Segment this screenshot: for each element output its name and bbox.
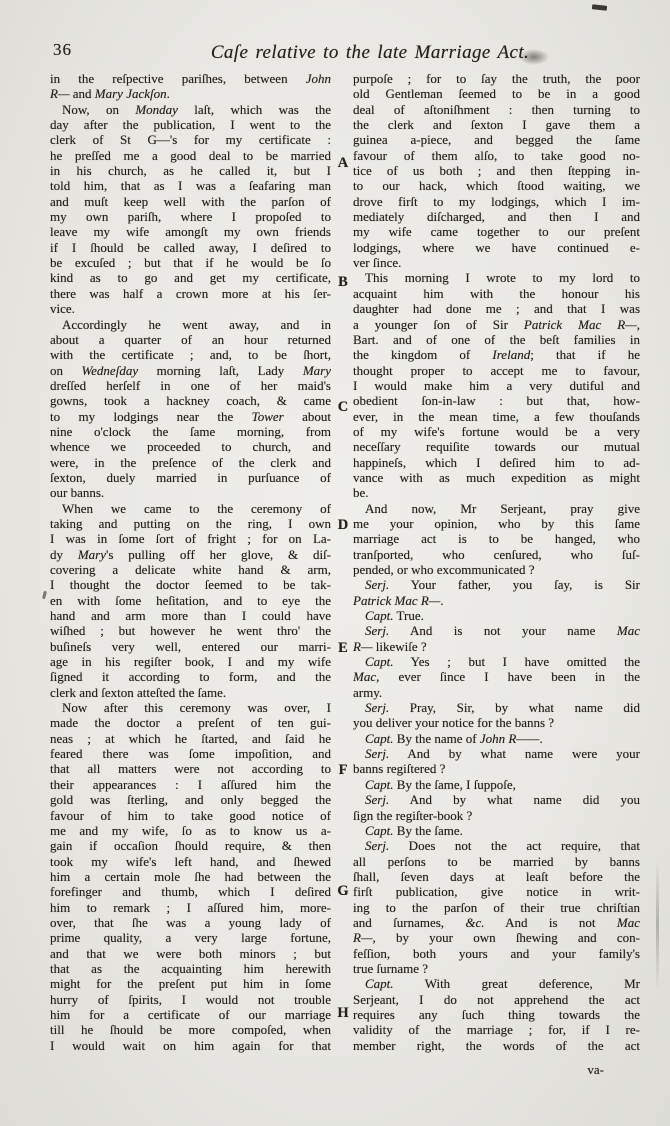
text-line: if I ſhould be called away, I deſired to	[50, 240, 331, 255]
text-line: all perſons to be married by banns	[353, 854, 640, 869]
text-line: kind as to go and get my certificate,	[50, 270, 331, 285]
text-line: ſign the regiſter-book ?	[353, 808, 640, 823]
text-line: he preſſed me a good deal to be married	[50, 148, 331, 163]
page-title: Caſe relative to the late Marriage Act.	[70, 42, 670, 64]
text-line: obedient ſon-in-law : but that, how-	[353, 393, 640, 408]
text-line: Patrick Mac R—.	[353, 593, 640, 608]
text-line: Serj. Pray, Sir, by what name did	[353, 700, 640, 715]
text-line: clerk of St G—'s for my certificate :	[50, 132, 331, 147]
text-line: ing to the parſon of their true chriſtia…	[353, 900, 640, 915]
text-line: him to remark ; I aſſured him, more-	[50, 900, 331, 915]
text-line: over, that ſhe was a young lady of	[50, 915, 331, 930]
text-line: feſſion, both yours and your family's	[353, 946, 640, 961]
text-line: and ſurnames, &c. And is not Mac	[353, 915, 640, 930]
catchword: va-	[353, 1062, 640, 1078]
text-line: nine o'clock the ſame morning, from	[50, 424, 331, 439]
text-line: Capt. True.	[353, 608, 640, 623]
text-line: dreſſed herſelf in one of her maid's	[50, 378, 331, 393]
text-line: and muſt keep well with the parſon of	[50, 194, 331, 209]
text-line: told him, that as I was a ſeafaring man	[50, 178, 331, 193]
text-line: And now, Mr Serjeant, pray give	[353, 501, 640, 516]
text-line: drove firſt to my lodgings, which I im-	[353, 194, 640, 209]
text-line: favour of him to take good notice of	[50, 808, 331, 823]
text-line: Accordingly he went away, and in	[50, 317, 331, 332]
text-line: firſt publication, give notice in writ-	[353, 884, 640, 899]
text-line: tranſported, who cenſured, who ſuſ-	[353, 547, 640, 562]
text-line: leave my wife amongſt my own friends	[50, 224, 331, 239]
text-line: R—, by your own ſhewing and con-	[353, 930, 640, 945]
text-line: age in his regiſter book, I and my wife	[50, 654, 331, 669]
text-line: with the certificate ; and, to be ſhort,	[50, 347, 331, 362]
text-line: about a quarter of an hour returned	[50, 332, 331, 347]
text-line: Capt. By the name of John R——.	[353, 731, 640, 746]
text-line: Serj. And by what name did you	[353, 792, 640, 807]
text-line: forefinger and thumb, which I deſired	[50, 884, 331, 899]
text-line: him for a certificate of our marriage	[50, 1007, 331, 1022]
text-line: lodgings, where we have continued e-	[353, 240, 640, 255]
text-line: the kingdom of Ireland; that if he	[353, 347, 640, 362]
text-line: that as the acquainting him herewith	[50, 961, 331, 976]
text-line: I would make him a very dutiful and	[353, 378, 640, 393]
text-line: banns regiſtered ?	[353, 761, 640, 776]
text-line: were, in the preſence of the clerk and	[50, 455, 331, 470]
text-line: purpoſe ; for to ſay the truth, the poor	[353, 71, 640, 86]
text-line: and that we were both minors ; but	[50, 946, 331, 961]
text-line: Now after this ceremony was over, I	[50, 700, 331, 715]
text-line: marriage act is to be hanged, who	[353, 531, 640, 546]
text-line: gold was ſterling, and only begged the	[50, 792, 331, 807]
margin-letter-H: H	[333, 1005, 353, 1021]
text-line: took my wife's left hand, and ſhewed	[50, 854, 331, 869]
text-line: to our hack, which ſtood waiting, we	[353, 178, 640, 193]
text-line: validity of the marriage ; for, if I re-	[353, 1022, 640, 1037]
margin-letter-E: E	[333, 640, 353, 656]
text-line: guinea a-piece, and begged the ſame	[353, 132, 640, 147]
text-line: me your opinion, who by this ſame	[353, 516, 640, 531]
text-line: gowns, took a hackney coach, & came	[50, 393, 331, 408]
text-line: I was in ſome ſort of fright ; for on La…	[50, 531, 331, 546]
text-column-right: purpoſe ; for to ſay the truth, the poor…	[353, 71, 640, 1053]
text-line: Capt. Yes ; but I have omitted the	[353, 654, 640, 669]
text-line: gain if occaſion ſhould require, & then	[50, 838, 331, 853]
text-line: our banns.	[50, 485, 331, 500]
text-line: the clerk and ſexton I gave them a	[353, 117, 640, 132]
text-line: their appearances : I aſſured him the	[50, 777, 331, 792]
text-line: vice.	[50, 301, 331, 316]
text-line: might for the preſent put him in ſome	[50, 976, 331, 991]
text-line: deal of aſtoniſhment : then turning to	[353, 102, 640, 117]
text-line: pended, or who excommunicated ?	[353, 562, 640, 577]
text-line: you deliver your notice for the banns ?	[353, 715, 640, 730]
text-line: army.	[353, 685, 640, 700]
text-line: made the doctor a preſent of ten gui-	[50, 715, 331, 730]
text-line: member right, the words of the act	[353, 1038, 640, 1053]
text-line: Capt. By the ſame.	[353, 823, 640, 838]
text-column-left: in the reſpective pariſhes, between John…	[50, 71, 331, 1053]
text-line: Bart. and of one of the beſt families in	[353, 332, 640, 347]
scan-artifact-mark	[592, 4, 607, 11]
text-line: hurry of ſpirits, I would not trouble	[50, 992, 331, 1007]
text-line: ſhall, ſeven days at leaſt before the	[353, 869, 640, 884]
text-line: my wife came together to our preſent	[353, 224, 640, 239]
text-line: neas ; at which he ſtarted, and ſaid he	[50, 731, 331, 746]
text-line: I thought the doctor ſeemed to be tak-	[50, 577, 331, 592]
text-line: covering a delicate white hand & arm,	[50, 562, 331, 577]
text-line: him a certain mole ſhe had between the	[50, 869, 331, 884]
margin-letter-A: A	[333, 155, 353, 171]
text-line: Capt. With great deference, Mr	[353, 976, 640, 991]
margin-letter-D: D	[333, 517, 353, 533]
text-line: on Wedneſday morning laſt, Lady Mary	[50, 363, 331, 378]
text-line: of my wife's fortune would be a very	[353, 424, 640, 439]
text-line: happineſs, which I deſired him to ad-	[353, 455, 640, 470]
text-line: whence we proceeded to church, and	[50, 439, 331, 454]
text-line: buſineſs very well, entered our marri-	[50, 639, 331, 654]
text-line: R— likewiſe ?	[353, 639, 640, 654]
text-line: be.	[353, 485, 640, 500]
text-line: in the reſpective pariſhes, between John	[50, 71, 331, 86]
text-line: old Gentleman ſeemed to be in a good	[353, 86, 640, 101]
text-line: in his church, as he called it, but I	[50, 163, 331, 178]
text-line: prime quality, a very large fortune,	[50, 930, 331, 945]
text-line: requires any ſuch thing towards the	[353, 1007, 640, 1022]
text-line: dy Mary's pulling off her glove, & diſ-	[50, 547, 331, 562]
text-line: R— and Mary Jackſon.	[50, 86, 331, 101]
text-line: Capt. By the ſame, I ſuppoſe,	[353, 777, 640, 792]
margin-letter-C: C	[333, 399, 353, 415]
text-line: ver ſince.	[353, 255, 640, 270]
scan-artifact-speck	[42, 591, 47, 599]
text-line: Serj. Your father, you ſay, is Sir	[353, 577, 640, 592]
text-line: Serj. And is not your name Mac	[353, 623, 640, 638]
ink-smudge	[519, 49, 549, 65]
text-line: This morning I wrote to my lord to	[353, 270, 640, 285]
text-line: I would wait on him again for that	[50, 1038, 331, 1053]
text-line: till he ſhould be more compoſed, when	[50, 1022, 331, 1037]
text-line: clerk and ſexton atteſted the ſame.	[50, 685, 331, 700]
text-line: daughter had done me ; and that I was	[353, 301, 640, 316]
text-line: a younger ſon of Sir Patrick Mac R—,	[353, 317, 640, 332]
text-line: acquaint him with the honour his	[353, 286, 640, 301]
text-line: Serjeant, I do not apprehend the act	[353, 992, 640, 1007]
margin-letter-F: F	[333, 762, 353, 778]
text-line: When we came to the ceremony of	[50, 501, 331, 516]
text-line: thought proper to accept me to favour,	[353, 363, 640, 378]
text-line: hand and arm more than I could have	[50, 608, 331, 623]
margin-letter-B: B	[333, 274, 353, 290]
text-line: wiſhed ; but however he went thro' the	[50, 623, 331, 638]
text-line: to my lodgings near the Tower about	[50, 409, 331, 424]
text-line: there was half a crown more at his ſer-	[50, 286, 331, 301]
text-line: my own pariſh, where I propoſed to	[50, 209, 331, 224]
scanned-book-page: { "colors": { "paper": "#e9e8e4", "ink":…	[0, 0, 670, 1126]
text-line: Serj. And by what name were your	[353, 746, 640, 761]
text-line: neceſſary requiſite towards our mutual	[353, 439, 640, 454]
text-line: true ſurname ?	[353, 961, 640, 976]
text-line: that all matters were not according to	[50, 761, 331, 776]
text-line: be excuſed ; but that if he would be ſo	[50, 255, 331, 270]
text-line: ſexton, duely married in purſuance of	[50, 470, 331, 485]
margin-letter-G: G	[333, 883, 353, 899]
text-line: mediately diſcharged, and then I and	[353, 209, 640, 224]
text-line: feared there was ſome impoſition, and	[50, 746, 331, 761]
text-line: ſigned it according to form, and the	[50, 669, 331, 684]
text-line: en with ſome heſitation, and to eye the	[50, 593, 331, 608]
text-line: taking and putting on the ring, I own	[50, 516, 331, 531]
text-line: favour of them alſo, to take good no-	[353, 148, 640, 163]
text-line: Serj. Does not the act require, that	[353, 838, 640, 853]
text-line: Mac, ever ſince I have been in the	[353, 669, 640, 684]
text-line: me and my wife, ſo as to know us a-	[50, 823, 331, 838]
text-line: tice of us both ; and then ſtepping in-	[353, 163, 640, 178]
text-line: day after the publication, I went to the	[50, 117, 331, 132]
text-line: ever, in the mean time, a few thouſands	[353, 409, 640, 424]
text-line: vance with as much expedition as might	[353, 470, 640, 485]
scan-artifact-streak	[656, 860, 659, 990]
text-line: Now, on Monday laſt, which was the	[50, 102, 331, 117]
